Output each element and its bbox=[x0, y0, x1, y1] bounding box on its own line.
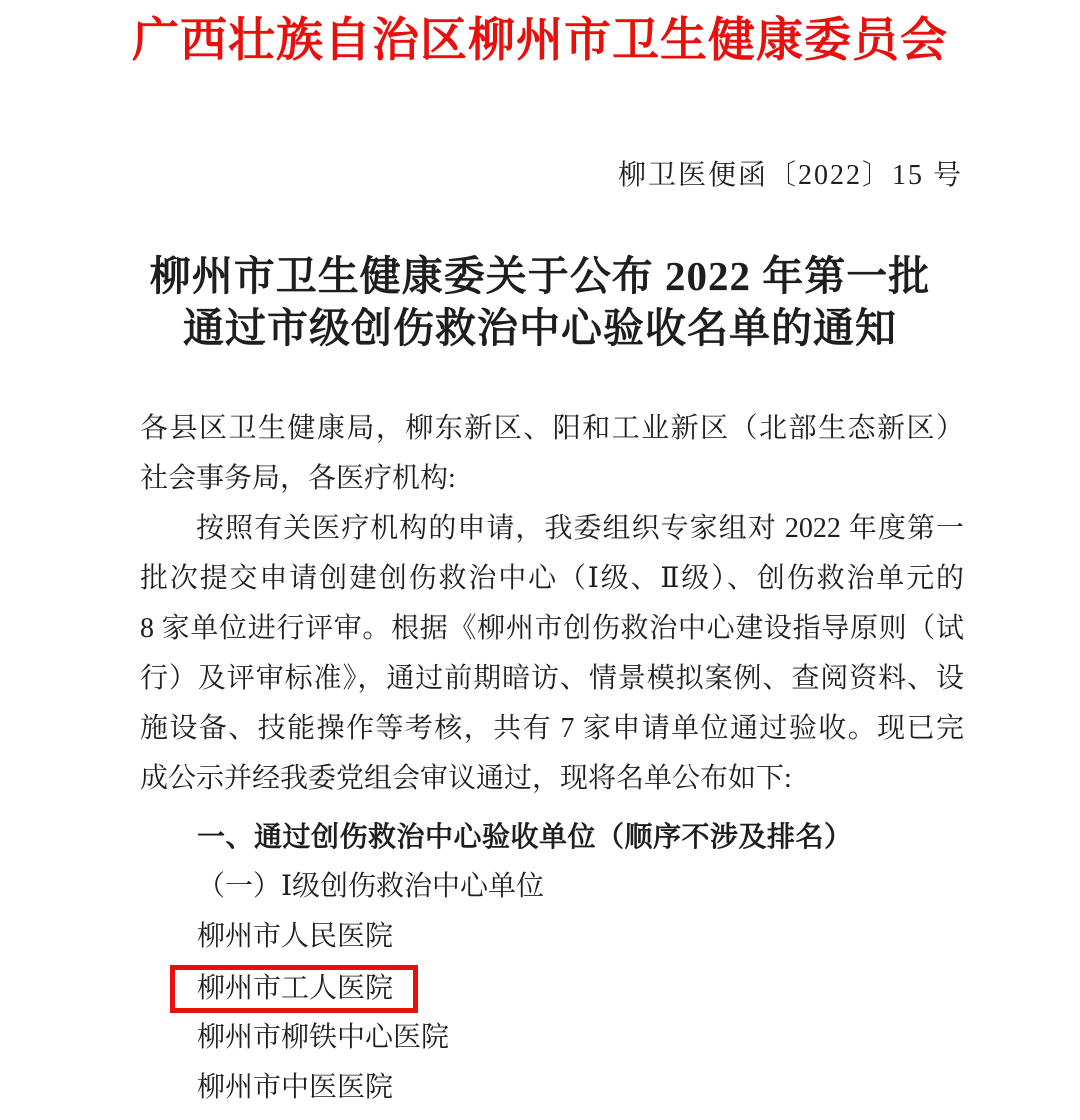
paragraph-line-1: 按照有关医疗机构的申请，我委组织专家组对 2022 年度第一 bbox=[140, 504, 964, 554]
paragraph-line-5: 施设备、技能操作等考核，共有 7 家申请单位通过验收。现已完 bbox=[140, 704, 964, 754]
paragraph-line-2: 批次提交申请创建创伤救治中心（Ⅰ级、Ⅱ级）、创伤救治单元的 bbox=[140, 554, 964, 604]
hospital-item-highlighted: 柳州市工人医院 bbox=[140, 962, 964, 1013]
hospital-item: 柳州市中医医院 bbox=[140, 1063, 964, 1113]
paragraph-line-6: 成公示并经我委党组会审议通过，现将名单公布如下: bbox=[140, 754, 964, 804]
notice-title: 柳州市卫生健康委关于公布 2022 年第一批 通过市级创伤救治中心验收名单的通知 bbox=[0, 250, 1080, 354]
red-highlight-box: 柳州市工人医院 bbox=[170, 965, 418, 1013]
paragraph-line-3: 8 家单位进行评审。根据《柳州市创伤救治中心建设指导原则（试 bbox=[140, 604, 964, 654]
subsection-heading: （一）Ⅰ级创伤救治中心单位 bbox=[140, 862, 964, 912]
salutation-line-1: 各县区卫生健康局，柳东新区、阳和工业新区（北部生态新区） bbox=[140, 404, 964, 454]
paragraph-line-4: 行）及评审标准》，通过前期暗访、情景模拟案例、查阅资料、设 bbox=[140, 654, 964, 704]
letterhead-title: 广西壮族自治区柳州市卫生健康委员会 bbox=[0, 0, 1080, 70]
notice-title-line-2: 通过市级创伤救治中心验收名单的通知 bbox=[0, 302, 1080, 354]
document-body: 各县区卫生健康局，柳东新区、阳和工业新区（北部生态新区） 社会事务局，各医疗机构… bbox=[140, 404, 964, 1113]
document-page: 广西壮族自治区柳州市卫生健康委员会 柳卫医便函〔2022〕15 号 柳州市卫生健… bbox=[0, 0, 1080, 1120]
notice-title-line-1: 柳州市卫生健康委关于公布 2022 年第一批 bbox=[0, 250, 1080, 302]
hospital-item: 柳州市人民医院 bbox=[140, 912, 964, 962]
hospital-item: 柳州市柳铁中心医院 bbox=[140, 1013, 964, 1063]
section-heading: 一、通过创伤救治中心验收单位（顺序不涉及排名） bbox=[140, 812, 964, 862]
document-number: 柳卫医便函〔2022〕15 号 bbox=[0, 158, 1080, 194]
hospital-list: 柳州市人民医院 柳州市工人医院 柳州市柳铁中心医院 柳州市中医医院 bbox=[140, 912, 964, 1113]
salutation-line-2: 社会事务局，各医疗机构: bbox=[140, 454, 964, 504]
hospital-item: 柳州市工人医院 bbox=[197, 973, 393, 1004]
